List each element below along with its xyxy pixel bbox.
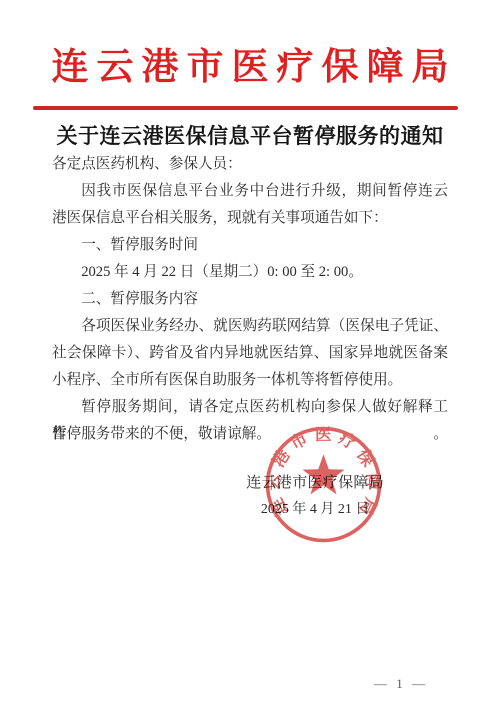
body-line: 小程序、全市所有医保自助服务一体机等将暂停使用。 — [52, 367, 448, 394]
body-line: 社会保障卡）、跨省及省内异地就医结算、国家异地就医备案 — [52, 340, 448, 367]
body-line: 2025 年 4 月 22 日（星期二）0: 00 至 2: 00。 — [52, 259, 448, 286]
agency-letterhead: 连云港市医疗保障局 — [0, 36, 500, 90]
red-seal-star-icon — [302, 454, 344, 494]
official-seal-stamp: 连云港市医疗保障局 — [263, 424, 384, 545]
notice-title: 关于连云港医保信息平台暂停服务的通知 — [0, 120, 500, 150]
body-line: 暂停服务期间，请各定点医药机构向参保人做好解释工作。 — [52, 394, 448, 421]
document-page: 连云港市医疗保障局 关于连云港医保信息平台暂停服务的通知 各定点医药机构、参保人… — [0, 0, 500, 707]
letterhead-divider-line — [33, 106, 458, 110]
body-line: 各项医保业务经办、就医购药联网结算（医保电子凭证、 — [52, 313, 448, 340]
body-line: 港医保信息平台相关服务，现就有关事项通告如下： — [52, 205, 448, 232]
page-number: — 1 — — [374, 676, 428, 692]
body-line: 一、暂停服务时间 — [52, 232, 448, 259]
notice-body: 各定点医药机构、参保人员：因我市医保信息平台业务中台进行升级，期间暂停连云港医保… — [52, 151, 448, 448]
body-line: 二、暂停服务内容 — [52, 286, 448, 313]
body-line: 因我市医保信息平台业务中台进行升级，期间暂停连云 — [52, 178, 448, 205]
body-line: 各定点医药机构、参保人员： — [52, 151, 448, 178]
